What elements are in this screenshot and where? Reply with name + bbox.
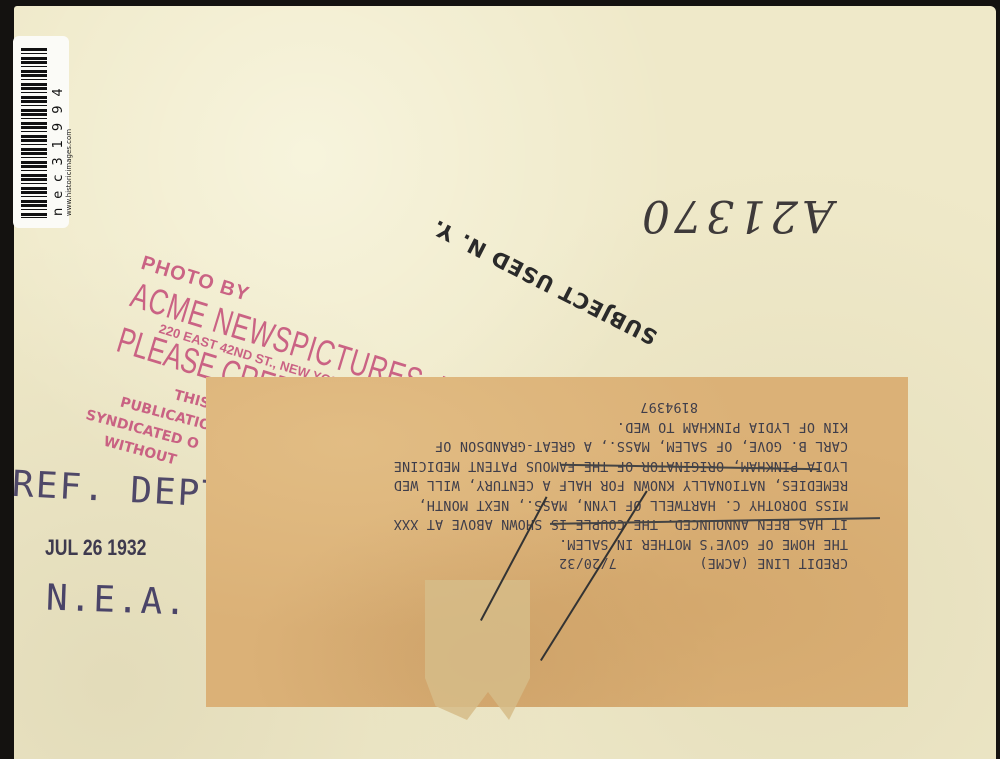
barcode-icon	[21, 48, 47, 218]
handwritten-id: A21370	[638, 190, 834, 241]
nea-stamp: N.E.A.	[45, 578, 188, 624]
barcode-number: nec31994	[51, 79, 66, 216]
caption-line: KIN OF LYDIA PINKHAM TO WED.	[222, 417, 848, 437]
caption-text: 8194397CREDIT LINE (ACME) 7/20/32THE HOM…	[222, 392, 848, 592]
caption-line: REMEDIES, NATIONALLY KNOWN FOR HALF A CE…	[222, 475, 848, 495]
torn-paper-area	[425, 580, 530, 720]
barcode-label: nec31994 www.historicimages.com	[13, 36, 69, 228]
caption-line: LYDIA PINKHAM, ORIGINATOR OF THE FAMOUS …	[222, 456, 848, 476]
date-stamp: JUL 26 1932	[45, 535, 146, 561]
caption-line: CREDIT LINE (ACME) 7/20/32	[222, 553, 848, 573]
caption-line: THE HOME OF GOVE'S MOTHER IN SALEM.	[222, 534, 848, 554]
barcode-url: www.historicimages.com	[65, 129, 73, 216]
caption-line: MISS DOROTHY C. HARTWELL OF LYNN, MASS.,…	[222, 495, 848, 515]
caption-number: 8194397	[222, 397, 698, 417]
caption-line: CARL B. GOVE, OF SALEM, MASS., A GREAT-G…	[222, 436, 848, 456]
